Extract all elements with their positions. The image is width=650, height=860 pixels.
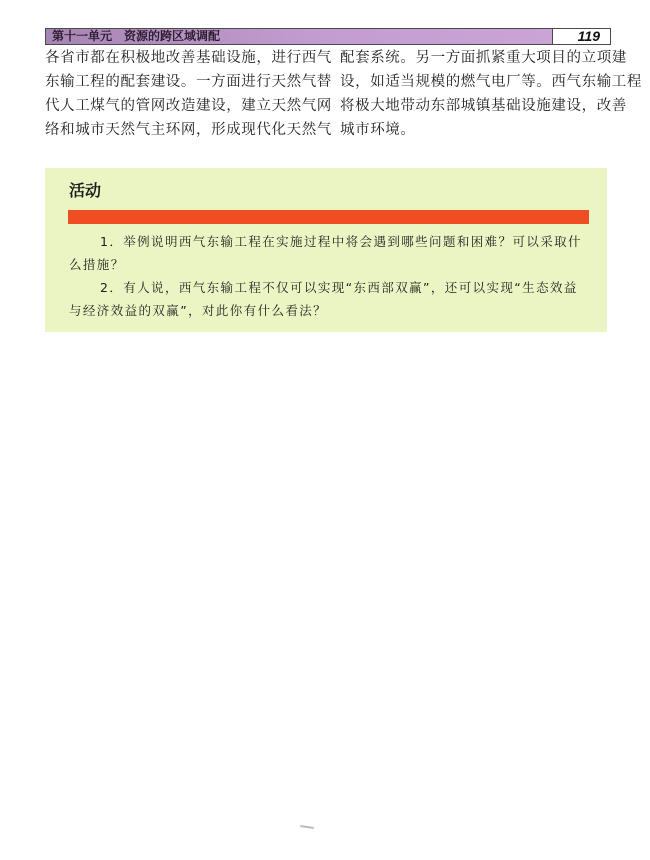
activity-title: 活动 [69, 178, 101, 201]
unit-title: 第十一单元 资源的跨区域调配 [46, 29, 553, 44]
body-line: 东输工程的配套建设。一方面进行天然气替 [45, 70, 327, 94]
body-line: 将极大地带动东部城镇基础设施建设，改善 [340, 94, 612, 118]
page-header: 第十一单元 资源的跨区域调配 119 [45, 28, 611, 45]
activity-questions: 1．举例说明西气东输工程在实施过程中将会遇到哪些问题和困难？可以采取什 么措施？… [69, 230, 599, 322]
body-line: 各省市都在积极地改善基础设施，进行西气 [45, 46, 327, 70]
body-line: 城市环境。 [340, 118, 612, 142]
body-line: 配套系统。另一方面抓紧重大项目的立项建 [340, 46, 612, 70]
question-1-line-2: 么措施？ [69, 253, 599, 276]
body-line: 络和城市天然气主环网，形成现代化天然气 [45, 118, 327, 142]
question-2-line-1: 2．有人说，西气东输工程不仅可以实现“东西部双赢”，还可以实现“生态效益 [69, 276, 599, 299]
activity-divider-bar [68, 210, 589, 224]
body-text-left-column: 各省市都在积极地改善基础设施，进行西气 东输工程的配套建设。一方面进行天然气替 … [45, 46, 327, 142]
page-number: 119 [553, 29, 610, 44]
scan-mark [300, 825, 314, 829]
question-1-line-1: 1．举例说明西气东输工程在实施过程中将会遇到哪些问题和困难？可以采取什 [69, 230, 599, 253]
body-line: 代人工煤气的管网改造建设，建立天然气网 [45, 94, 327, 118]
activity-box: 活动 1．举例说明西气东输工程在实施过程中将会遇到哪些问题和困难？可以采取什 么… [45, 168, 607, 332]
body-text-right-column: 配套系统。另一方面抓紧重大项目的立项建 设，如适当规模的燃气电厂等。西气东输工程… [340, 46, 612, 142]
question-2-line-2: 与经济效益的双赢”，对此你有什么看法？ [69, 299, 599, 322]
body-line: 设，如适当规模的燃气电厂等。西气东输工程 [340, 70, 612, 94]
